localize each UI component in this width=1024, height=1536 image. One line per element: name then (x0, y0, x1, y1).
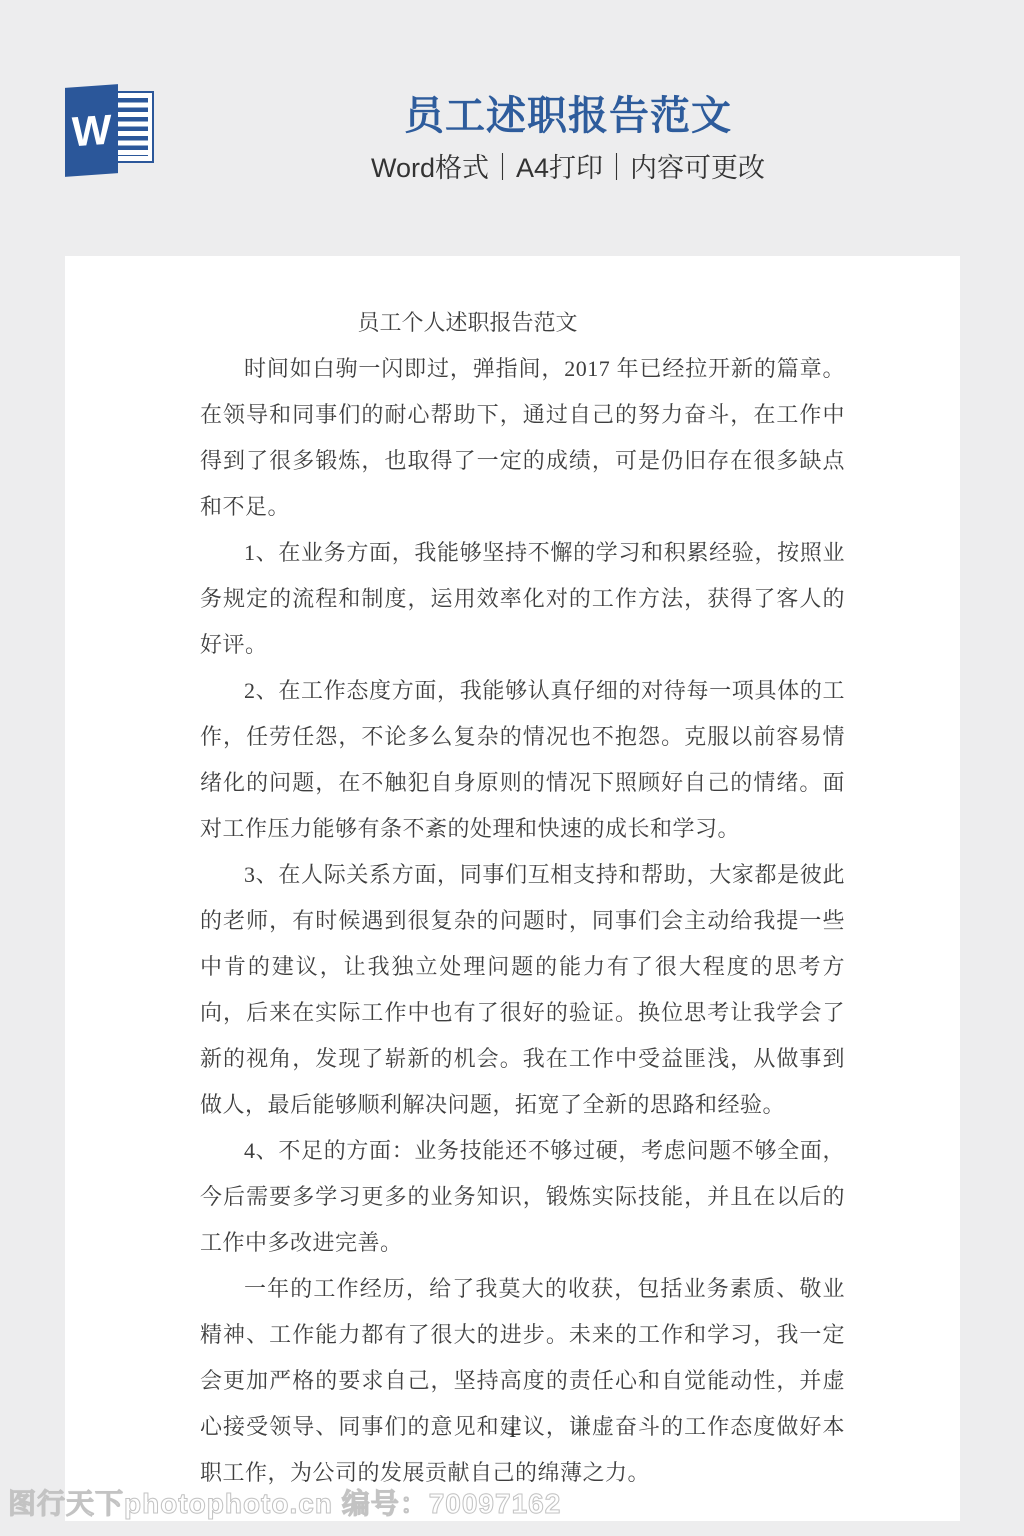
document-title: 员工个人述职报告范文 (200, 300, 845, 346)
template-preview-page: W 员工述职报告范文 Word格式｜A4打印｜内容可更改 员工个人述职报告范文 … (0, 0, 1024, 1536)
header: 员工述职报告范文 Word格式｜A4打印｜内容可更改 (160, 94, 976, 183)
document-paragraphs: 时间如白驹一闪即过，弹指间，2017 年已经拉开新的篇章。在领导和同事们的耐心帮… (200, 346, 845, 1496)
page-subtitle: Word格式｜A4打印｜内容可更改 (160, 153, 976, 183)
word-logo-icon: W (65, 83, 157, 177)
document-paragraph: 4、不足的方面：业务技能还不够过硬，考虑问题不够全面，今后需要多学习更多的业务知… (200, 1128, 845, 1266)
document-paragraph: 2、在工作态度方面，我能够认真仔细的对待每一项具体的工作，任劳任怨，不论多么复杂… (200, 668, 845, 852)
document-paragraph: 一年的工作经历，给了我莫大的收获，包括业务素质、敬业精神、工作能力都有了很大的进… (200, 1266, 845, 1496)
page-title: 员工述职报告范文 (160, 94, 976, 138)
document-paragraph: 1、在业务方面，我能够坚持不懈的学习和积累经验，按照业务规定的流程和制度，运用效… (200, 530, 845, 668)
document-paragraph: 时间如白驹一闪即过，弹指间，2017 年已经拉开新的篇章。在领导和同事们的耐心帮… (200, 346, 845, 530)
document-paragraph: 3、在人际关系方面，同事们互相支持和帮助，大家都是彼此的老师，有时候遇到很复杂的… (200, 852, 845, 1128)
word-logo-cover: W (65, 84, 118, 177)
watermark-text: 图行天下photophoto.cn 编号：70097162 (8, 1487, 561, 1521)
document-page: 员工个人述职报告范文 时间如白驹一闪即过，弹指间，2017 年已经拉开新的篇章。… (65, 256, 960, 1521)
page-number: 1 (65, 1424, 960, 1442)
word-logo-letter: W (72, 108, 112, 153)
document-body: 员工个人述职报告范文 时间如白驹一闪即过，弹指间，2017 年已经拉开新的篇章。… (65, 256, 960, 1496)
